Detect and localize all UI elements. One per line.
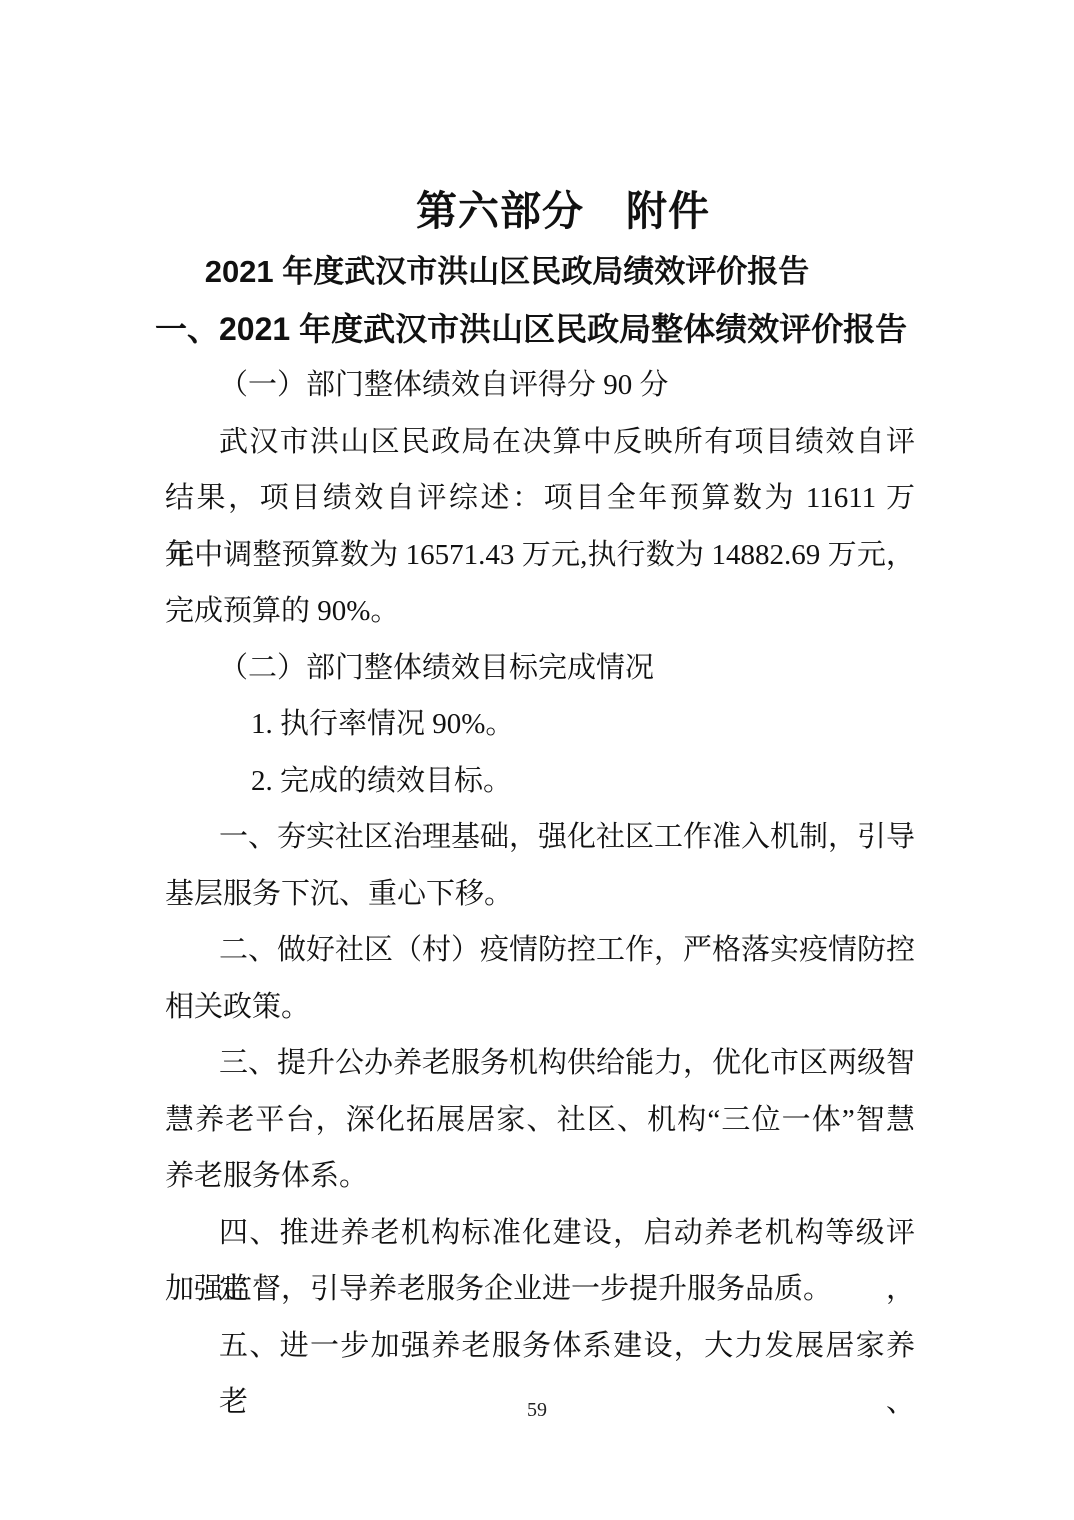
body-line: 四、推进养老机构标准化建设，启动养老机构等级评定， — [165, 1205, 915, 1262]
document-content: 第六部分 附件 2021 年度武汉市洪山区民政局绩效评价报告 一、2021 年度… — [165, 0, 915, 1374]
section-heading: 一、2021 年度武汉市洪山区民政局整体绩效评价报告 — [155, 310, 915, 348]
body-line: 武汉市洪山区民政局在决算中反映所有项目绩效自评 — [165, 414, 915, 471]
body-line: 1. 执行率情况 90%。 — [165, 696, 915, 753]
body-line: （一）部门整体绩效自评得分 90 分 — [165, 357, 915, 414]
document-page: 第六部分 附件 2021 年度武汉市洪山区民政局绩效评价报告 一、2021 年度… — [0, 0, 1074, 1520]
body-line: 相关政策。 — [165, 979, 915, 1036]
document-subtitle: 2021 年度武汉市洪山区民政局绩效评价报告 — [165, 254, 849, 290]
body-line: 三、提升公办养老服务机构供给能力，优化市区两级智 — [165, 1035, 915, 1092]
body-line: 二、做好社区（村）疫情防控工作，严格落实疫情防控 — [165, 922, 915, 979]
body-line: 完成预算的 90%。 — [165, 583, 915, 640]
body-line: 年中调整预算数为 16571.43 万元,执行数为 14882.69 万元， — [165, 527, 915, 584]
body-line: 养老服务体系。 — [165, 1148, 915, 1205]
body-line: （二）部门整体绩效目标完成情况 — [165, 640, 915, 697]
body-line: 一、夯实社区治理基础，强化社区工作准入机制，引导 — [165, 809, 915, 866]
document-body: （一）部门整体绩效自评得分 90 分 武汉市洪山区民政局在决算中反映所有项目绩效… — [165, 357, 915, 1374]
body-line: 五、进一步加强养老服务体系建设，大力发展居家养老、 — [165, 1318, 915, 1375]
body-line: 加强监督，引导养老服务企业进一步提升服务品质。 — [165, 1261, 915, 1318]
body-line: 慧养老平台，深化拓展居家、社区、机构“三位一体”智慧 — [165, 1092, 915, 1149]
document-title: 第六部分 附件 — [211, 188, 915, 234]
body-line: 基层服务下沉、重心下移。 — [165, 866, 915, 923]
page-number: 59 — [0, 1398, 1074, 1422]
body-line: 2. 完成的绩效目标。 — [165, 753, 915, 810]
body-line: 结果，项目绩效自评综述：项目全年预算数为 11611 万元， — [165, 470, 915, 527]
